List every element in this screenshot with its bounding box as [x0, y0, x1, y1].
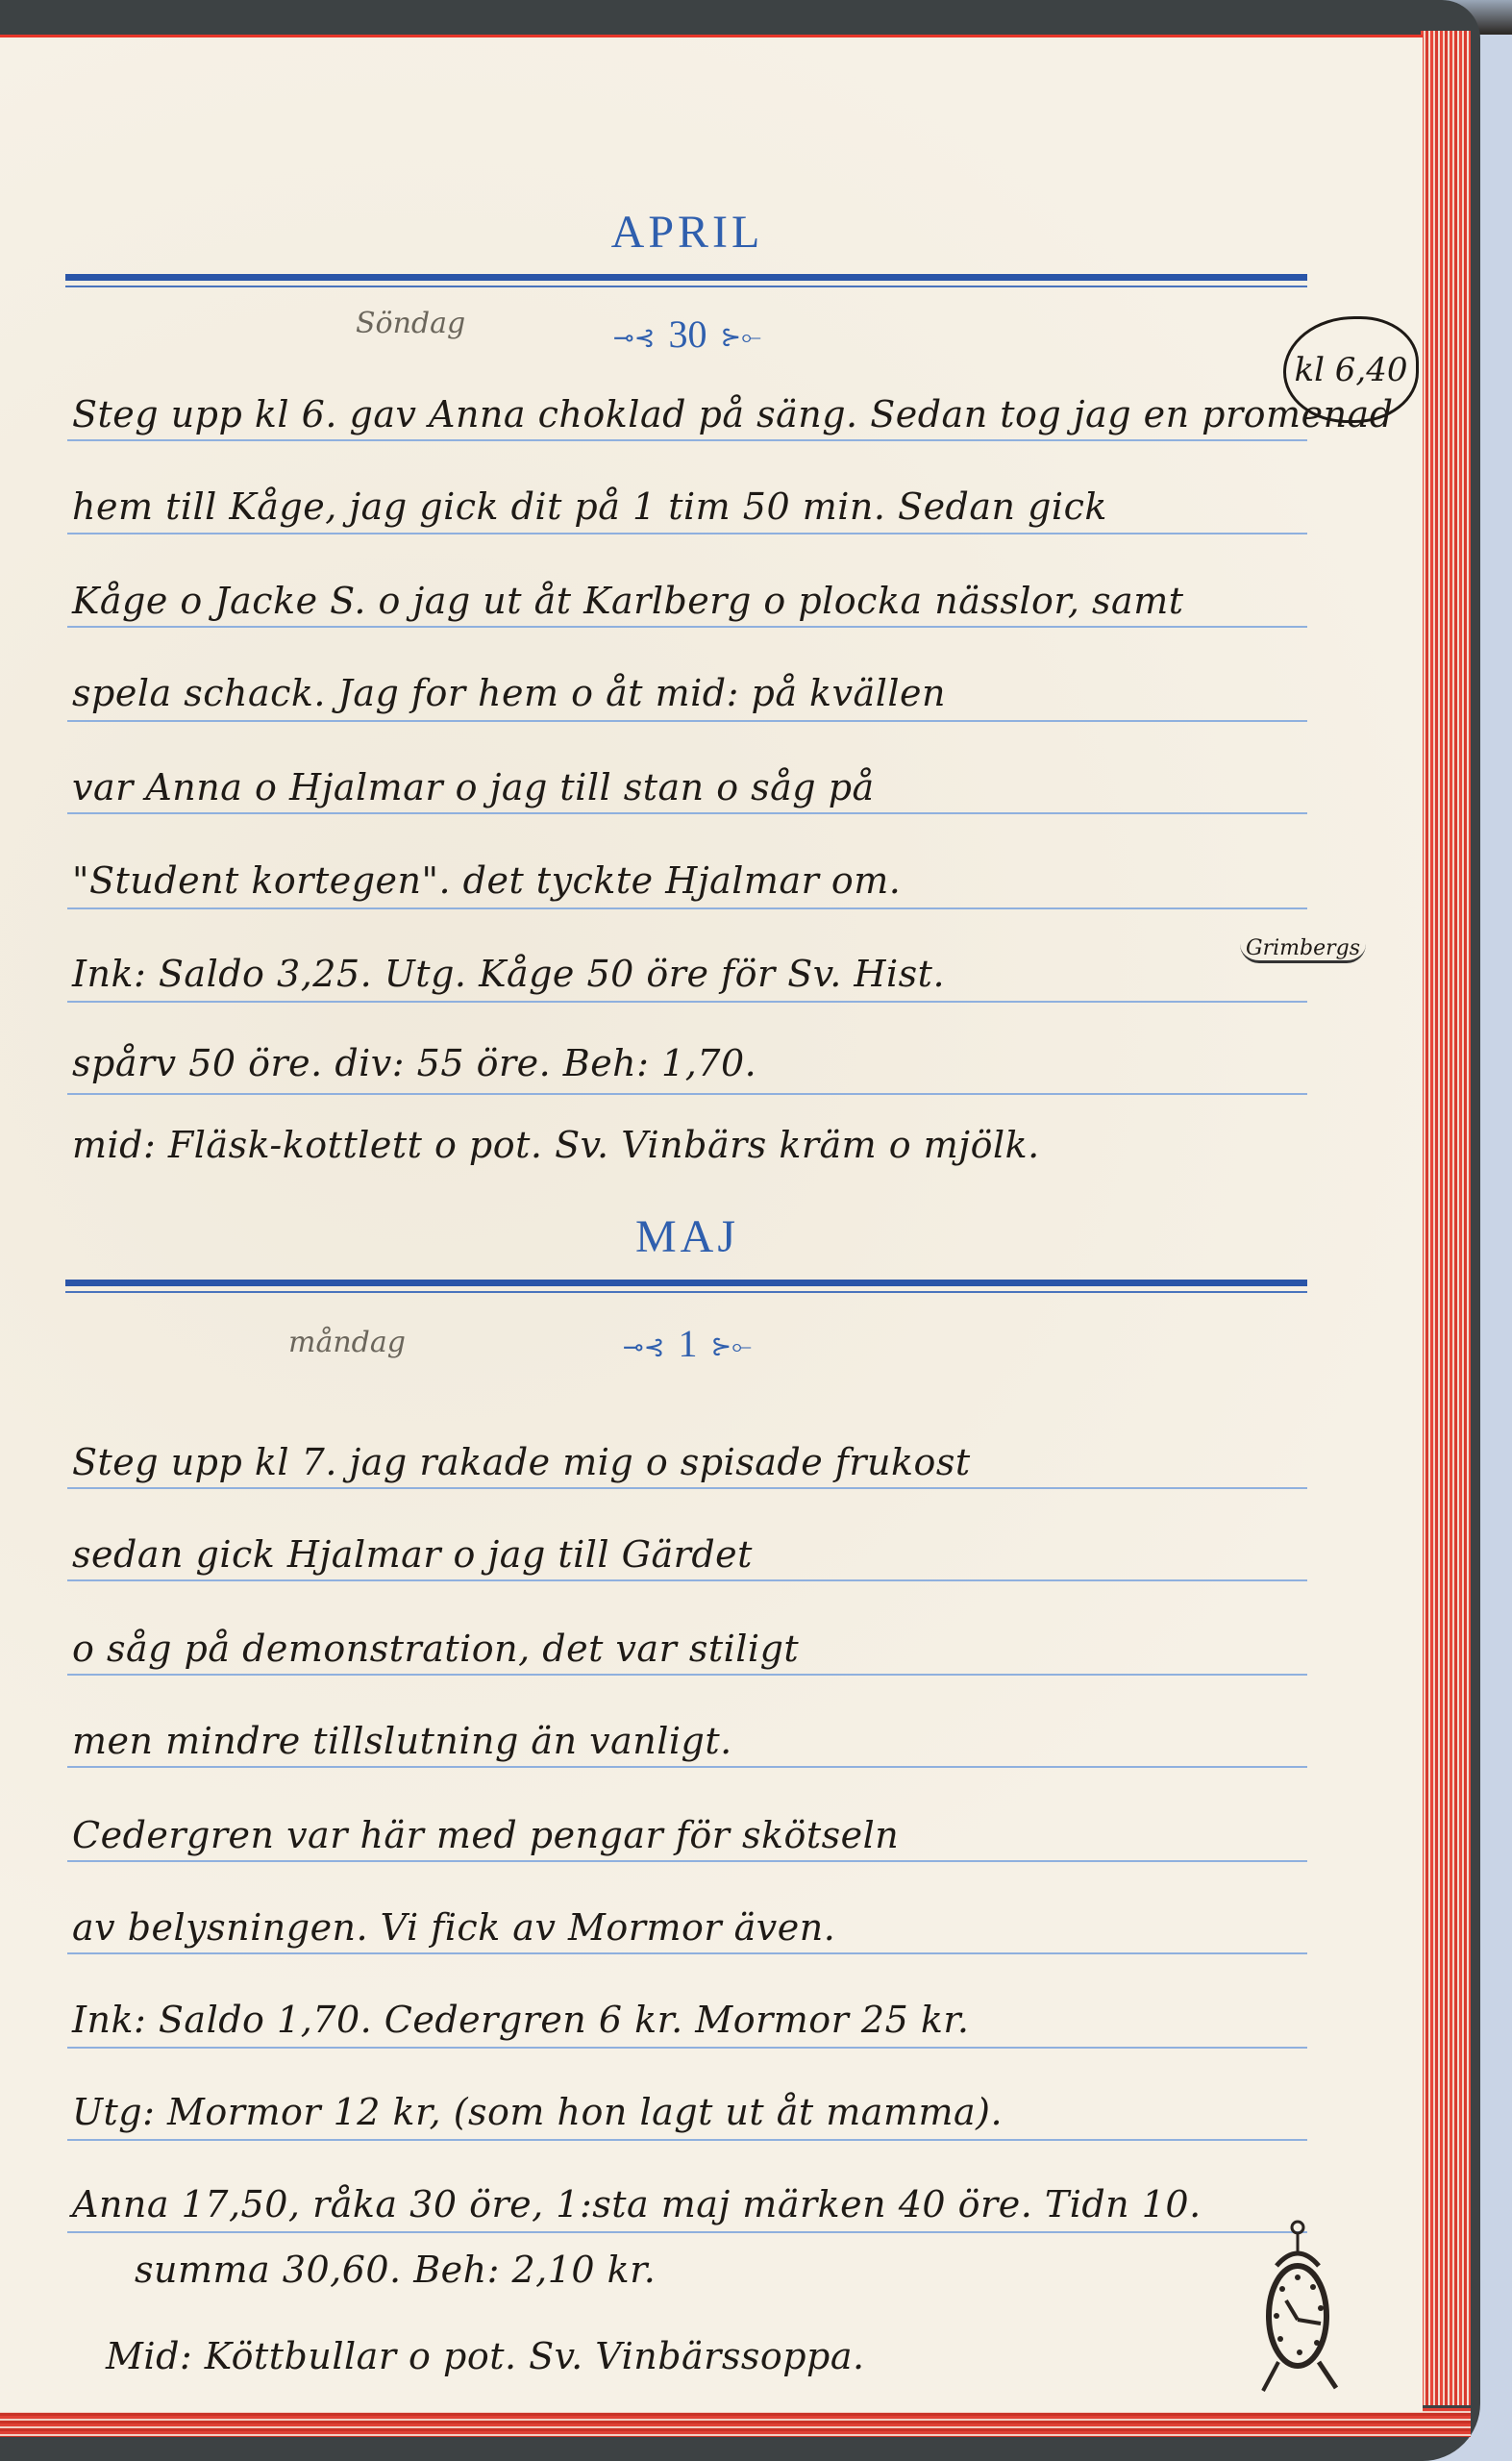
entry-line: spårv 50 öre. div: 55 öre. Beh: 1,70.: [72, 1042, 1418, 1084]
heading-rule-thin: [65, 286, 1307, 287]
ruled-line: [67, 2139, 1307, 2141]
ruled-line: [67, 1952, 1307, 1954]
entry-line: Mid: Köttbullar o pot. Sv. Vinbärssoppa.: [106, 2335, 1451, 2377]
entry-line: mid: Fläsk-kottlett o pot. Sv. Vinbärs k…: [72, 1124, 1418, 1166]
ruled-line: [67, 2231, 1307, 2233]
month-heading-maj: MAJ: [0, 1210, 1375, 1263]
ruled-line: [67, 1860, 1307, 1862]
page-edges-bottom: [0, 2408, 1471, 2437]
page-edges-right: [1421, 31, 1471, 2405]
ruled-line: [67, 907, 1307, 909]
ruled-line: [67, 1093, 1307, 1095]
ornament-left-icon: ⊸⊰: [613, 324, 656, 352]
entry-line: Ink: Saldo 1,70. Cedergren 6 kr. Mormor …: [72, 1999, 1418, 2041]
entry-line: hem till Kåge, jag gick dit på 1 tim 50 …: [72, 485, 1418, 528]
day-number-30: ⊸⊰30⊱⟜: [0, 311, 1375, 357]
ornament-right-icon: ⊱⟜: [710, 1332, 752, 1360]
entry-line: Steg upp kl 7. jag rakade mig o spisade …: [72, 1441, 1418, 1483]
ruled-line: [67, 1487, 1307, 1489]
ruled-line: [67, 1766, 1307, 1768]
month-heading-april: APRIL: [0, 206, 1375, 259]
ruled-line: [67, 812, 1307, 814]
entry-line: Kåge o Jacke S. o jag ut åt Karlberg o p…: [72, 580, 1418, 622]
entry-line: "Student kortegen". det tyckte Hjalmar o…: [72, 859, 1418, 902]
ruled-line: [67, 1579, 1307, 1581]
ruled-line: [67, 1001, 1307, 1003]
ornament-left-icon: ⊸⊰: [623, 1333, 665, 1361]
ornament-right-icon: ⊱⟜: [720, 323, 761, 351]
entry-line: sedan gick Hjalmar o jag till Gärdet: [72, 1533, 1418, 1576]
ruled-line: [67, 1674, 1307, 1676]
alarm-clock-icon: [1259, 2220, 1365, 2393]
entry-line: Ink: Saldo 3,25. Utg. Kåge 50 öre för Sv…: [72, 953, 1418, 995]
entry-line: men mindre tillslutning än vanligt.: [72, 1720, 1418, 1762]
entry-line: Utg: Mormor 12 kr, (som hon lagt ut åt m…: [72, 2091, 1418, 2133]
ruled-line: [67, 2047, 1307, 2049]
entry-line: var Anna o Hjalmar o jag till stan o såg…: [72, 766, 1418, 808]
entry-line: Steg upp kl 6. gav Anna choklad på säng.…: [72, 393, 1418, 435]
ruled-line: [67, 720, 1307, 722]
ruled-line: [67, 626, 1307, 628]
ruled-line: [67, 533, 1307, 534]
heading-rule-thick: [65, 1280, 1307, 1286]
ruled-line: [67, 439, 1307, 441]
entry-line: o såg på demonstration, det var stiligt: [72, 1628, 1418, 1670]
entry-line: av belysningen. Vi fick av Mormor även.: [72, 1906, 1418, 1949]
heading-rule-thin: [65, 1291, 1307, 1293]
entry-line: spela schack. Jag for hem o åt mid: på k…: [72, 672, 1418, 714]
heading-rule-thick: [65, 274, 1307, 281]
entry-line: Anna 17,50, råka 30 öre, 1:sta maj märke…: [72, 2183, 1418, 2225]
entry-line: Cedergren var här med pengar för skötsel…: [72, 1814, 1418, 1856]
diary-page: APRIL Söndag ⊸⊰30⊱⟜ kl 6,40 Steg upp kl …: [0, 35, 1423, 2412]
day-number-1: ⊸⊰1⊱⟜: [0, 1321, 1375, 1366]
